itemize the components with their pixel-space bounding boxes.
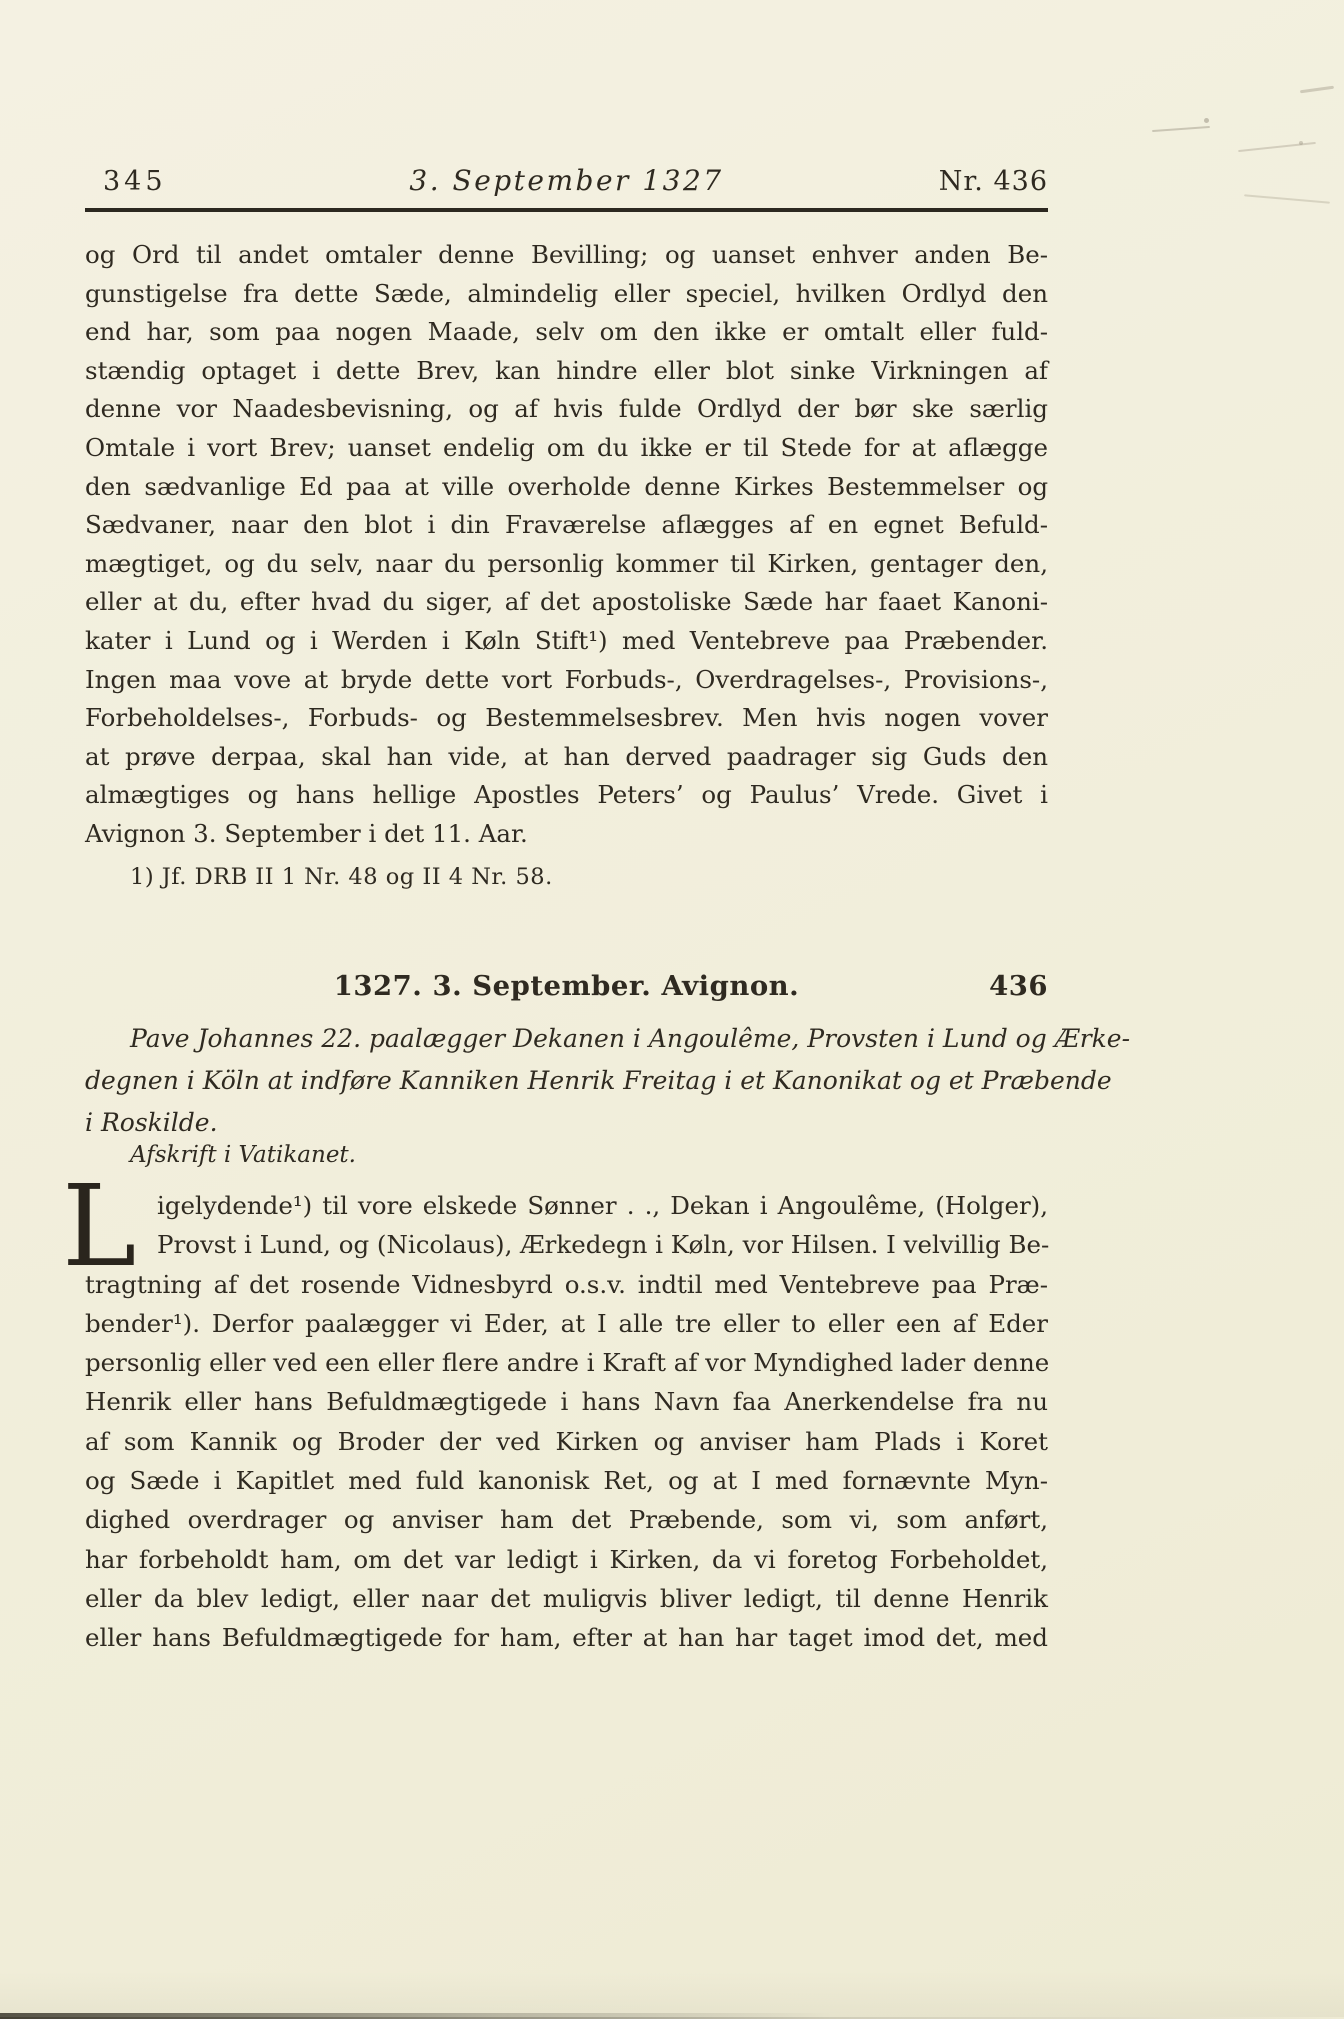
scan-shadow xyxy=(0,1971,1344,2017)
text-line: mægtiget, og du selv, naar du personlig … xyxy=(85,545,1048,584)
running-title: 3. September 1327 xyxy=(85,164,1048,197)
text-line: den sædvanlige Ed paa at ville overholde… xyxy=(85,468,1048,507)
text-line: igelydende¹) til vore elskede Sønner . .… xyxy=(85,1186,1048,1225)
text-line: af som Kannik og Broder der ved Kirken o… xyxy=(85,1422,1048,1461)
text-line: end har, som paa nogen Maade, selv om de… xyxy=(85,313,1048,352)
ink-speck xyxy=(1204,118,1209,123)
text-line: eller at du, efter hvad du siger, af det… xyxy=(85,583,1048,622)
text-line: Provst i Lund, og (Nicolaus), Ærkedegn i… xyxy=(85,1225,1048,1264)
text-line: og Ord til andet omtaler denne Bevilling… xyxy=(85,236,1048,275)
text-line: denne vor Naadesbevisning, og af hvis fu… xyxy=(85,390,1048,429)
text-line: Pave Johannes 22. paalægger Dekanen i An… xyxy=(85,1018,1048,1060)
running-header: 345 3. September 1327 Nr. 436 xyxy=(85,164,1048,204)
text-line: stændig optaget i dette Brev, kan hindre… xyxy=(85,352,1048,391)
text-line: gunstigelse fra dette Sæde, almindelig e… xyxy=(85,275,1048,314)
text-line: degnen i Köln at indføre Kanniken Henrik… xyxy=(85,1060,1048,1102)
book-page: 345 3. September 1327 Nr. 436 og Ord til… xyxy=(0,0,1344,2019)
text-line: Henrik eller hans Befuldmægtigede i hans… xyxy=(85,1382,1048,1421)
text-line: Omtale i vort Brev; uanset endelig om du… xyxy=(85,429,1048,468)
entry-heading-row: 1327. 3. September. Avignon. 436 xyxy=(85,970,1048,1002)
text-line: har forbeholdt ham, om det var ledigt i … xyxy=(85,1540,1048,1579)
main-letter-text: igelydende¹) til vore elskede Sønner . .… xyxy=(85,1186,1048,1658)
ink-speck xyxy=(1299,141,1303,145)
text-line: bender¹). Derfor paalægger vi Eder, at I… xyxy=(85,1304,1048,1343)
pencil-mark xyxy=(1238,142,1316,152)
source-note: Afskrift i Vatikanet. xyxy=(130,1142,1093,1168)
footnote: 1) Jf. DRB II 1 Nr. 48 og II 4 Nr. 58. xyxy=(130,864,1093,890)
header-rule xyxy=(85,208,1048,212)
text-line: Forbeholdelses-, Forbuds- og Bestemmelse… xyxy=(85,699,1048,738)
text-line: Ingen maa vove at bryde dette vort Forbu… xyxy=(85,661,1048,700)
text-line: kater i Lund og i Werden i Køln Stift¹) … xyxy=(85,622,1048,661)
text-line: Avignon 3. September i det 11. Aar. xyxy=(85,815,1048,854)
issue-number: Nr. 436 xyxy=(939,166,1048,197)
text-line: tragtning af det rosende Vidnesbyrd o.s.… xyxy=(85,1265,1048,1304)
text-line: i Roskilde. xyxy=(85,1102,1048,1144)
text-line: almægtiges og hans hellige Apostles Pete… xyxy=(85,776,1048,815)
text-line: eller da blev ledigt, eller naar det mul… xyxy=(85,1579,1048,1618)
text-line: Sædvaner, naar den blot i din Fraværelse… xyxy=(85,506,1048,545)
text-line: personlig eller ved een eller flere andr… xyxy=(85,1343,1048,1382)
entry-heading: 1327. 3. September. Avignon. xyxy=(334,970,799,1002)
text-line: og Sæde i Kapitlet med fuld kanonisk Ret… xyxy=(85,1461,1048,1500)
previous-letter-text: og Ord til andet omtaler denne Bevilling… xyxy=(85,236,1048,854)
entry-number: 436 xyxy=(989,970,1048,1002)
text-line: at prøve derpaa, skal han vide, at han d… xyxy=(85,738,1048,777)
text-line: dighed overdrager og anviser ham det Præ… xyxy=(85,1500,1048,1539)
pencil-mark xyxy=(1244,194,1330,203)
pencil-mark xyxy=(1300,86,1334,94)
entry-summary: Pave Johannes 22. paalægger Dekanen i An… xyxy=(85,1018,1048,1144)
text-line: eller hans Befuldmægtigede for ham, efte… xyxy=(85,1618,1048,1657)
scan-edge xyxy=(0,2013,833,2019)
pencil-mark xyxy=(1152,126,1210,132)
